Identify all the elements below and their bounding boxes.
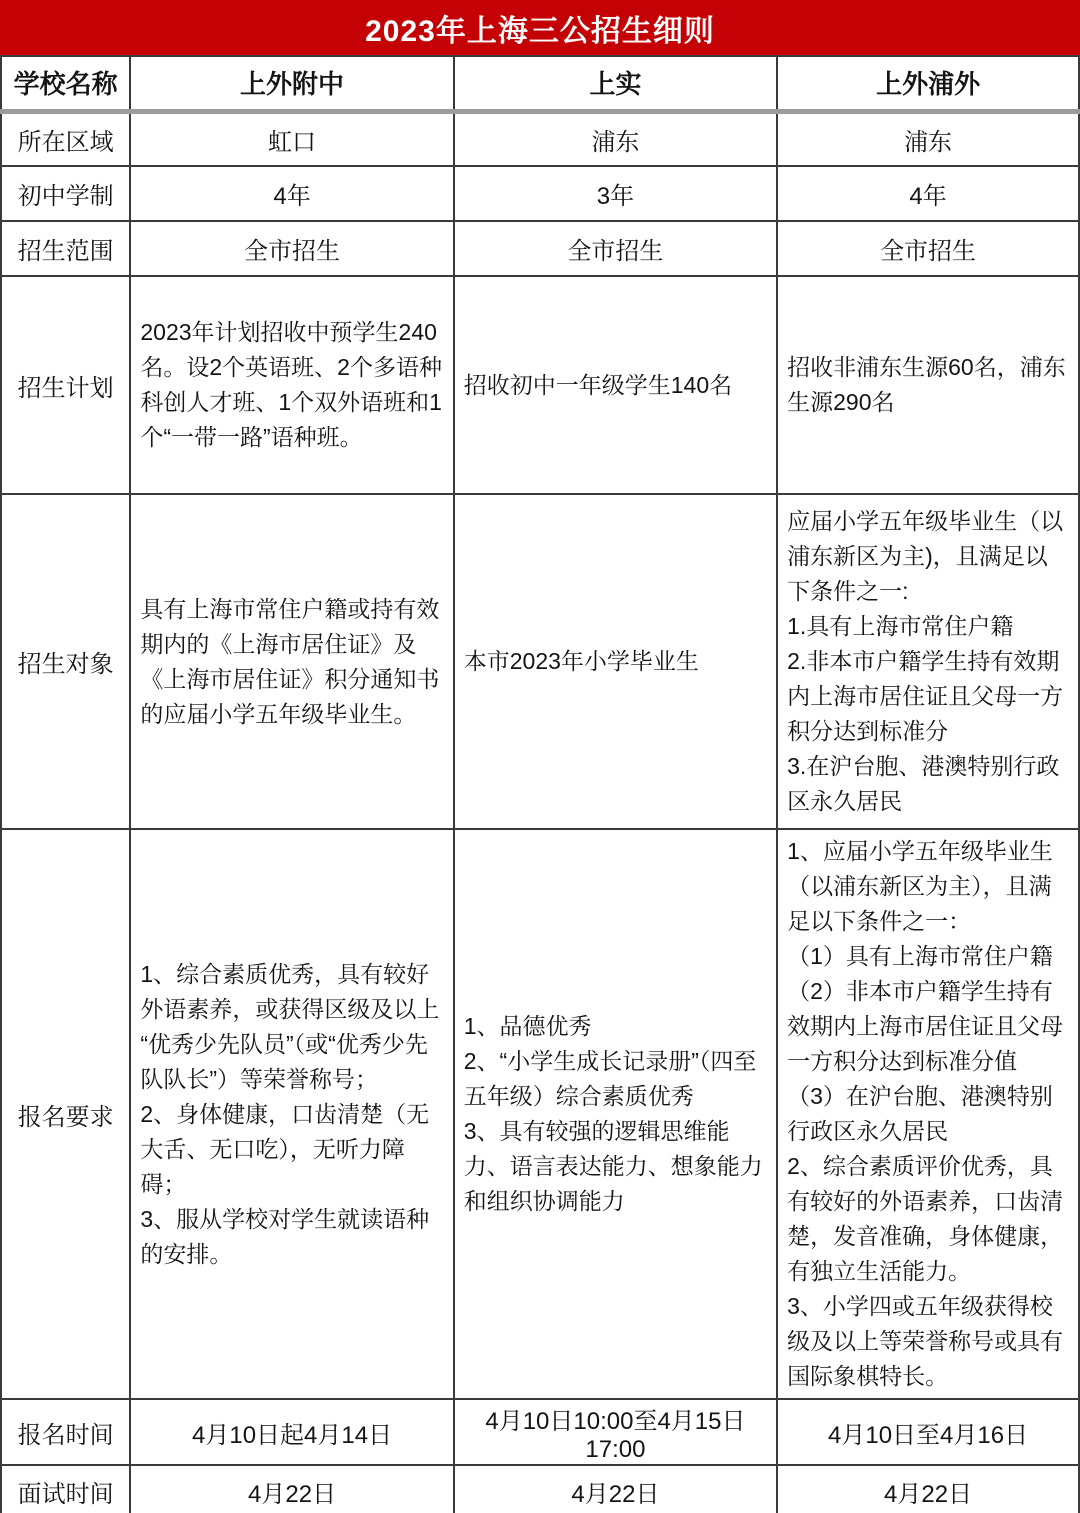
header-row: 学校名称 上外附中 上实 上外浦外 xyxy=(1,56,1079,111)
cell-target-students-swpw: 应届小学五年级毕业生（以浦东新区为主)，且满足以下条件之一: 1.具有上海市常住… xyxy=(777,494,1079,829)
row-application-time: 报名时间 4月10日起4月14日 4月10日10:00至4月15日17:00 4… xyxy=(1,1399,1079,1465)
cell-enrollment-scope-swfz: 全市招生 xyxy=(130,221,453,276)
row-label-district: 所在区域 xyxy=(1,111,130,166)
cell-target-students-swfz: 具有上海市常住户籍或持有效期内的《上海市居住证》及《上海市居住证》积分通知书的应… xyxy=(130,494,453,829)
row-label-enrollment-plan: 招生计划 xyxy=(1,276,130,494)
cell-school-system-ss: 3年 xyxy=(454,166,777,221)
header-cell-school-ss: 上实 xyxy=(454,56,777,111)
cell-enrollment-plan-swpw: 招收非浦东生源60名，浦东生源290名 xyxy=(777,276,1079,494)
title-bar: 2023年上海三公招生细则 xyxy=(0,0,1080,55)
cell-enrollment-plan-swfz: 2023年计划招收中预学生240名。设2个英语班、2个多语种科创人才班、1个双外… xyxy=(130,276,453,494)
cell-district-swpw: 浦东 xyxy=(777,111,1079,166)
cell-school-system-swfz: 4年 xyxy=(130,166,453,221)
row-school-system: 初中学制 4年 3年 4年 xyxy=(1,166,1079,221)
cell-school-system-swpw: 4年 xyxy=(777,166,1079,221)
page-title: 2023年上海三公招生细则 xyxy=(365,6,715,50)
row-district: 所在区域 虹口 浦东 浦东 xyxy=(1,111,1079,166)
row-application-requirements: 报名要求 1、综合素质优秀，具有较好外语素养，或获得区级及以上“优秀少先队员”（… xyxy=(1,829,1079,1399)
cell-interview-time-ss: 4月22日 xyxy=(454,1465,777,1513)
row-label-application-time: 报名时间 xyxy=(1,1399,130,1465)
cell-application-time-ss: 4月10日10:00至4月15日17:00 xyxy=(454,1399,777,1465)
cell-district-swfz: 虹口 xyxy=(130,111,453,166)
row-label-target-students: 招生对象 xyxy=(1,494,130,829)
cell-application-time-swpw: 4月10日至4月16日 xyxy=(777,1399,1079,1465)
cell-application-time-swfz: 4月10日起4月14日 xyxy=(130,1399,453,1465)
row-enrollment-scope: 招生范围 全市招生 全市招生 全市招生 xyxy=(1,221,1079,276)
header-cell-school-swpw: 上外浦外 xyxy=(777,56,1079,111)
cell-enrollment-scope-swpw: 全市招生 xyxy=(777,221,1079,276)
cell-interview-time-swfz: 4月22日 xyxy=(130,1465,453,1513)
row-label-enrollment-scope: 招生范围 xyxy=(1,221,130,276)
admissions-table: 学校名称 上外附中 上实 上外浦外 所在区域 虹口 浦东 浦东 初中学制 4年 … xyxy=(0,55,1080,1513)
row-label-application-requirements: 报名要求 xyxy=(1,829,130,1399)
cell-enrollment-scope-ss: 全市招生 xyxy=(454,221,777,276)
cell-application-requirements-swpw: 1、应届小学五年级毕业生（以浦东新区为主），且满足以下条件之一： （1）具有上海… xyxy=(777,829,1079,1399)
cell-target-students-ss: 本市2023年小学毕业生 xyxy=(454,494,777,829)
cell-application-requirements-ss: 1、品德优秀 2、“小学生成长记录册”（四至五年级）综合素质优秀 3、具有较强的… xyxy=(454,829,777,1399)
cell-enrollment-plan-ss: 招收初中一年级学生140名 xyxy=(454,276,777,494)
cell-district-ss: 浦东 xyxy=(454,111,777,166)
cell-application-requirements-swfz: 1、综合素质优秀，具有较好外语素养，或获得区级及以上“优秀少先队员”（或“优秀少… xyxy=(130,829,453,1399)
row-label-school-system: 初中学制 xyxy=(1,166,130,221)
header-cell-school-name: 学校名称 xyxy=(1,56,130,111)
row-enrollment-plan: 招生计划 2023年计划招收中预学生240名。设2个英语班、2个多语种科创人才班… xyxy=(1,276,1079,494)
row-interview-time: 面试时间 4月22日 4月22日 4月22日 xyxy=(1,1465,1079,1513)
header-cell-school-swfz: 上外附中 xyxy=(130,56,453,111)
row-label-interview-time: 面试时间 xyxy=(1,1465,130,1513)
cell-interview-time-swpw: 4月22日 xyxy=(777,1465,1079,1513)
row-target-students: 招生对象 具有上海市常住户籍或持有效期内的《上海市居住证》及《上海市居住证》积分… xyxy=(1,494,1079,829)
